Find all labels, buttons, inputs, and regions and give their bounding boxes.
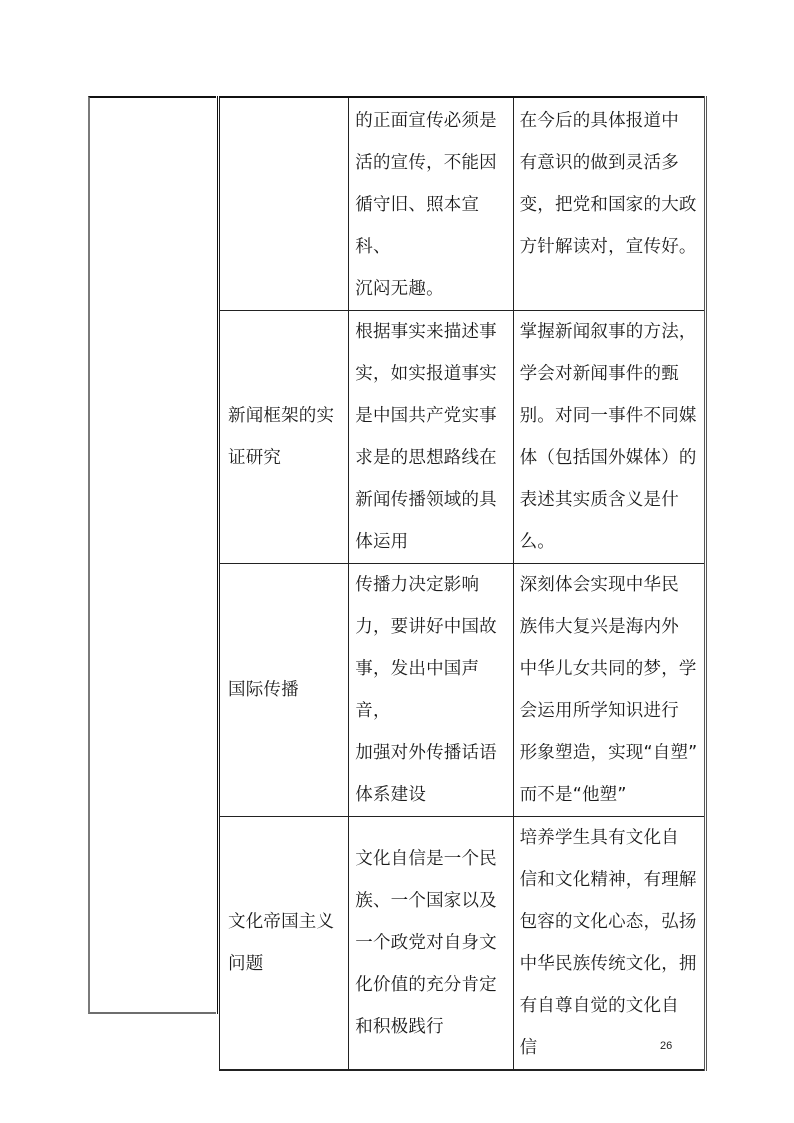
- table-row: 国际传播 传播力决定影响 力，要讲好中国故 事，发出中国声音， 加强对外传播话语…: [220, 564, 706, 817]
- goal-cell: 深刻体会实现中华民 族伟大复兴是海内外 中华儿女共同的梦，学 会运用所学知识进行…: [513, 564, 705, 817]
- goal-cell: 掌握新闻叙事的方法， 学会对新闻事件的甄 别。对同一事件不同媒 体（包括国外媒体…: [513, 311, 705, 564]
- topic-text: 国际传播: [228, 669, 344, 711]
- topic-text: 文化帝国主义 问题: [228, 901, 344, 985]
- topic-cell: 国际传播: [220, 564, 349, 817]
- content-text: 根据事实来描述事 实，如实报道事实 是中国共产党实事 求是的思想路线在 新闻传播…: [355, 311, 508, 563]
- goal-text: 在今后的具体报道中 有意识的做到灵活多 变，把党和国家的大政 方针解读对，宣传好…: [520, 100, 700, 268]
- content-text: 的正面宣传必须是 活的宣传，不能因 循守旧、照本宣科、 沉闷无趣。: [355, 100, 508, 310]
- table-row: 文化帝国主义 问题 文化自信是一个民 族、一个国家以及 一个政党对自身文 化价值…: [220, 817, 706, 1071]
- goal-text: 掌握新闻叙事的方法， 学会对新闻事件的甄 别。对同一事件不同媒 体（包括国外媒体…: [520, 311, 700, 563]
- goal-cell: 培养学生具有文化自 信和文化精神，有理解 包容的文化心态，弘扬 中华民族传统文化…: [513, 817, 705, 1071]
- course-content-table: 的正面宣传必须是 活的宣传，不能因 循守旧、照本宣科、 沉闷无趣。 在今后的具体…: [219, 96, 707, 1071]
- table-row: 的正面宣传必须是 活的宣传，不能因 循守旧、照本宣科、 沉闷无趣。 在今后的具体…: [220, 97, 706, 311]
- topic-cell: 新闻框架的实 证研究: [220, 311, 349, 564]
- goal-text: 培养学生具有文化自 信和文化精神，有理解 包容的文化心态，弘扬 中华民族传统文化…: [520, 817, 700, 1069]
- content-cell: 文化自信是一个民 族、一个国家以及 一个政党对自身文 化价值的充分肯定 和积极践…: [349, 817, 513, 1071]
- page-number: 26: [660, 1040, 672, 1052]
- topic-cell: [220, 97, 349, 311]
- content-text: 传播力决定影响 力，要讲好中国故 事，发出中国声音， 加强对外传播话语 体系建设: [355, 564, 508, 816]
- content-cell: 的正面宣传必须是 活的宣传，不能因 循守旧、照本宣科、 沉闷无趣。: [349, 97, 513, 311]
- content-text: 文化自信是一个民 族、一个国家以及 一个政党对自身文 化价值的充分肯定 和积极践…: [355, 838, 508, 1048]
- document-page: 的正面宣传必须是 活的宣传，不能因 循守旧、照本宣科、 沉闷无趣。 在今后的具体…: [0, 0, 794, 1123]
- goal-cell: 在今后的具体报道中 有意识的做到灵活多 变，把党和国家的大政 方针解读对，宣传好…: [513, 97, 705, 311]
- topic-text: 新闻框架的实 证研究: [228, 395, 344, 479]
- content-cell: 根据事实来描述事 实，如实报道事实 是中国共产党实事 求是的思想路线在 新闻传播…: [349, 311, 513, 564]
- topic-cell: 文化帝国主义 问题: [220, 817, 349, 1071]
- table-row: 新闻框架的实 证研究 根据事实来描述事 实，如实报道事实 是中国共产党实事 求是…: [220, 311, 706, 564]
- content-cell: 传播力决定影响 力，要讲好中国故 事，发出中国声音， 加强对外传播话语 体系建设: [349, 564, 513, 817]
- goal-text: 深刻体会实现中华民 族伟大复兴是海内外 中华儿女共同的梦，学 会运用所学知识进行…: [520, 564, 700, 816]
- merged-category-column: [88, 96, 216, 1014]
